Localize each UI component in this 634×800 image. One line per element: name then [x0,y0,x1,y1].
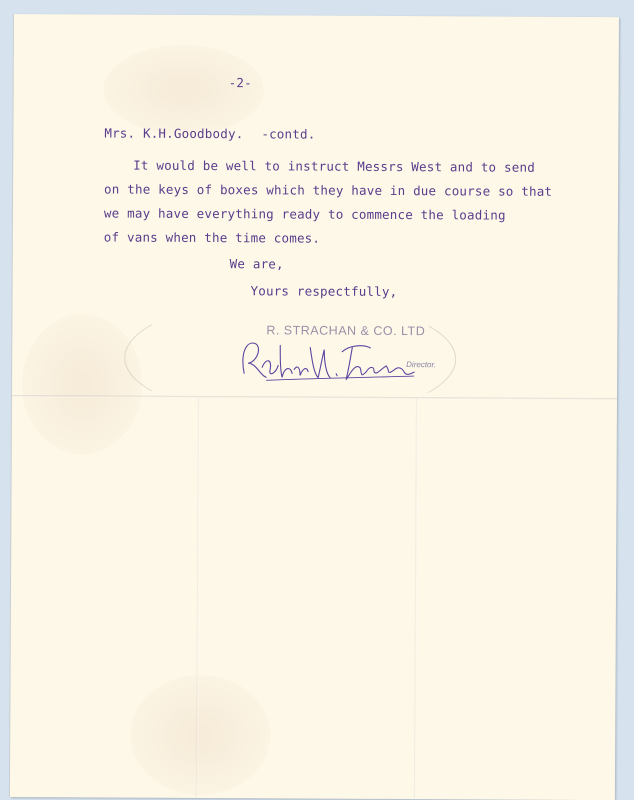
body-line: of vans when the time comes. [104,231,320,245]
handwritten-signature [236,333,416,384]
paper-stain [130,675,271,796]
recipient-name: Mrs. K.H.Goodbody. [104,127,243,140]
page-number: -2- [229,77,252,90]
closing-we-are: We are, [230,258,284,271]
continued-label: -contd. [261,128,315,141]
body-line: on the keys of boxes which they have in … [104,183,552,198]
vertical-fold-line-right [414,397,418,799]
body-line: It would be well to instruct Messrs West… [133,160,535,175]
closing-yours-respectfully: Yours respectfully, [251,285,398,298]
stamp-director-title: Director. [406,360,436,369]
body-line: we may have everything ready to commence… [104,207,506,222]
letter-page: -2- Mrs. K.H.Goodbody. -contd. It would … [10,14,619,800]
paper-stain [22,314,143,455]
